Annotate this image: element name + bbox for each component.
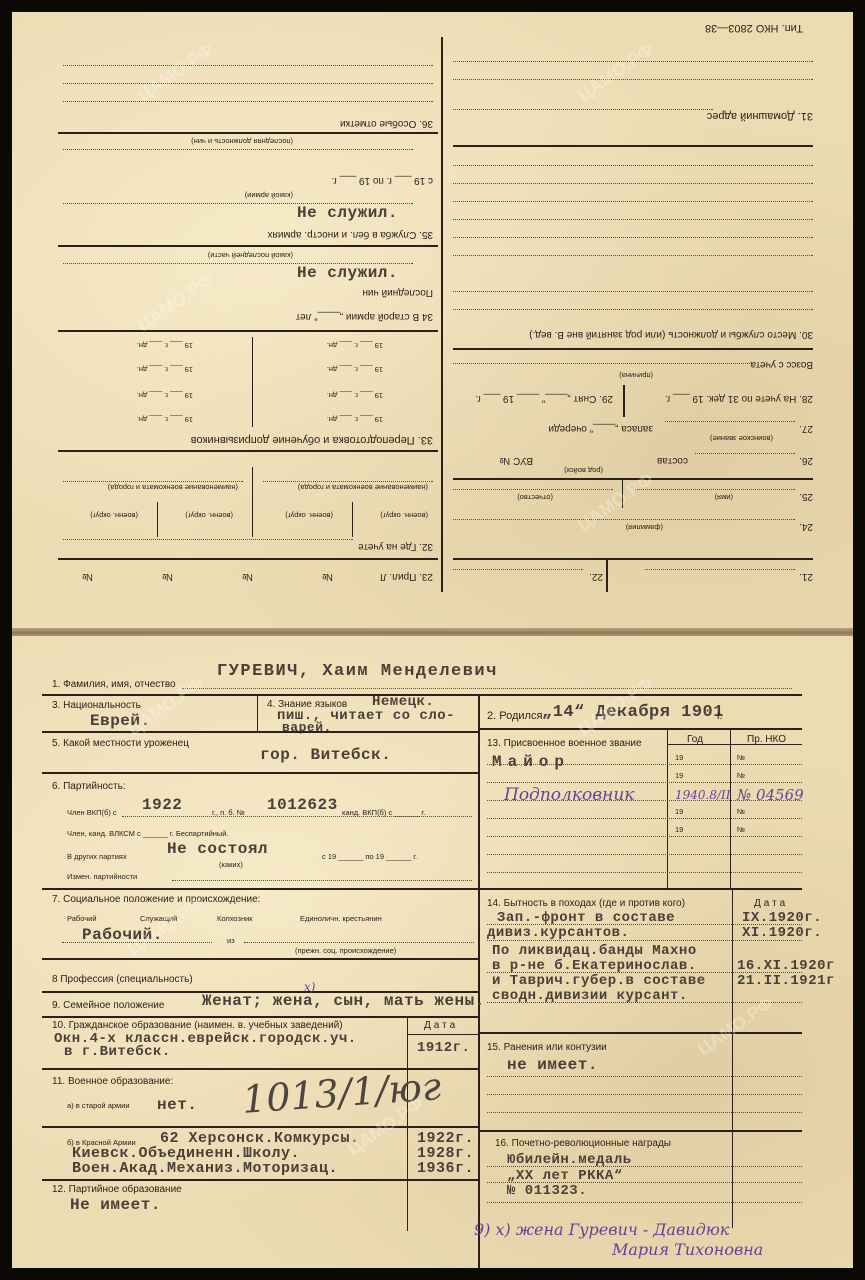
campaign-row-5-date: 21.II.1921г	[737, 973, 835, 989]
field-6-party-card-no: 1012623	[267, 796, 338, 814]
field-9-label: 9. Семейное положение	[52, 1000, 164, 1011]
field-26-label: 26.	[799, 455, 813, 466]
field-32-label: 32. Где на учете	[358, 541, 433, 552]
field-6-member-since: 1922	[142, 796, 182, 814]
mil-edu-row-3-date: 1936г.	[417, 1160, 474, 1177]
field-25-label: 25.	[799, 491, 813, 502]
print-code: Тип. НКО 2803—38	[705, 22, 803, 34]
field-29-label: 29. Снят „____“ ____ 19 ___ г.	[476, 393, 613, 404]
field-5-birthplace: гор. Витебск.	[260, 746, 391, 764]
field-1-full-name: ГУРЕВИЧ, Хаим Менделевич	[217, 662, 498, 681]
field-35-value: Не служил.	[297, 204, 398, 222]
field-14-label: 14. Бытность в походах (где и против ког…	[487, 898, 685, 909]
field-11-label: 11. Военное образование:	[52, 1076, 173, 1087]
field-9-family-status: Женат; жена, сын, мать жены.	[202, 992, 485, 1010]
card-back-side: Тип. НКО 2803—38 31. Домашний адрес 30. …	[12, 12, 853, 632]
field-11a-value: нет.	[157, 1096, 197, 1114]
field-6-label: 6. Партийность:	[52, 781, 126, 792]
field-10-date-header: Дата	[424, 1020, 458, 1031]
field-34-label: 34 В старой армии „____“ лет	[296, 311, 433, 322]
field-23-label: 23. Прил. Л	[380, 571, 433, 582]
rank-row-3-title: Подполковник	[504, 785, 634, 805]
pencil-archive-note: 1013/1/юг	[241, 1064, 443, 1122]
field-15-value: не имеет.	[507, 1056, 598, 1074]
field-30-label: 30. Место службы и должность (или род за…	[529, 329, 813, 340]
campaign-row-2-date: XI.1920г.	[742, 925, 822, 941]
award-row-3: № 011323.	[507, 1183, 587, 1199]
field-34-value: Не служил.	[297, 264, 398, 282]
field-7-label: 7. Социальное положение и происхождение:	[52, 894, 260, 905]
card-back-rotated: Тип. НКО 2803—38 31. Домашний адрес 30. …	[12, 12, 853, 632]
card-front-side: 1. Фамилия, имя, отчество ГУРЕВИЧ, Хаим …	[12, 636, 853, 1268]
field-5-label: 5. Какой местности уроженец	[52, 738, 189, 749]
field-21-label: 21.	[799, 571, 813, 582]
rank-row-1-title: Майор	[492, 753, 570, 771]
field-13-label: 13. Присвоенное военное звание	[487, 738, 642, 749]
field-35-label: 35. Служба в бел. и иностр. армиях	[267, 229, 433, 240]
field-2-label: 2. Родился	[487, 710, 542, 722]
field-36-label: 36. Особые отметки	[340, 118, 433, 129]
field-9-footnote-mark: х)	[304, 980, 315, 994]
footnote-wife-line-2: Мария Тихоновна	[612, 1240, 763, 1259]
field-10-education-2: в г.Витебск.	[64, 1044, 171, 1060]
field-24-label: 24.	[799, 521, 813, 532]
footnote-wife-line-1: 9) х) жена Гуревич - Давидюк	[474, 1220, 729, 1239]
field-28-label: 28. На учете по 31 дек. 19 ___ г.	[665, 393, 813, 404]
field-12-label: 12. Партийное образование	[52, 1184, 182, 1195]
campaign-row-3: По ликвидац.банды Махно	[492, 943, 697, 959]
field-22-label: 22.	[589, 571, 603, 582]
field-10-label: 10. Гражданское образование (наимен. в. …	[52, 1020, 343, 1031]
field-15-label: 15. Ранения или контузии	[487, 1042, 607, 1053]
field-3-label: 3. Национальность	[52, 700, 141, 711]
field-16-label: 16. Почетно-революционные награды	[495, 1138, 671, 1149]
field-27-label: 27.	[799, 423, 813, 434]
rank-row-3-order: № 04569	[737, 786, 804, 804]
field-3-nationality: Еврей.	[90, 712, 151, 730]
field-33-label: 33. Переподготовка и обучение допризывни…	[191, 434, 433, 446]
field-31-label: 31. Домашний адрес	[707, 110, 813, 122]
mil-edu-row-3: Воен.Акад.Механиз.Моторизац.	[72, 1160, 338, 1177]
field-10-date: 1912г.	[417, 1040, 470, 1056]
field-8-label: 8 Профессия (специальность)	[52, 974, 193, 985]
field-12-value: Не имеет.	[70, 1196, 161, 1214]
campaign-row-2: дивиз.курсантов.	[487, 925, 629, 941]
field-14-date-header: Дата	[754, 898, 788, 909]
field-6-other-parties: Не состоял	[167, 840, 268, 858]
campaign-row-5: и Таврич.губер.в составе	[492, 973, 706, 989]
field-28-deregistered: Возсс с учета	[750, 359, 813, 370]
field-1-label: 1. Фамилия, имя, отчество	[52, 679, 176, 690]
field-2-birth-date: „14“ Декабря 1901	[542, 703, 724, 722]
